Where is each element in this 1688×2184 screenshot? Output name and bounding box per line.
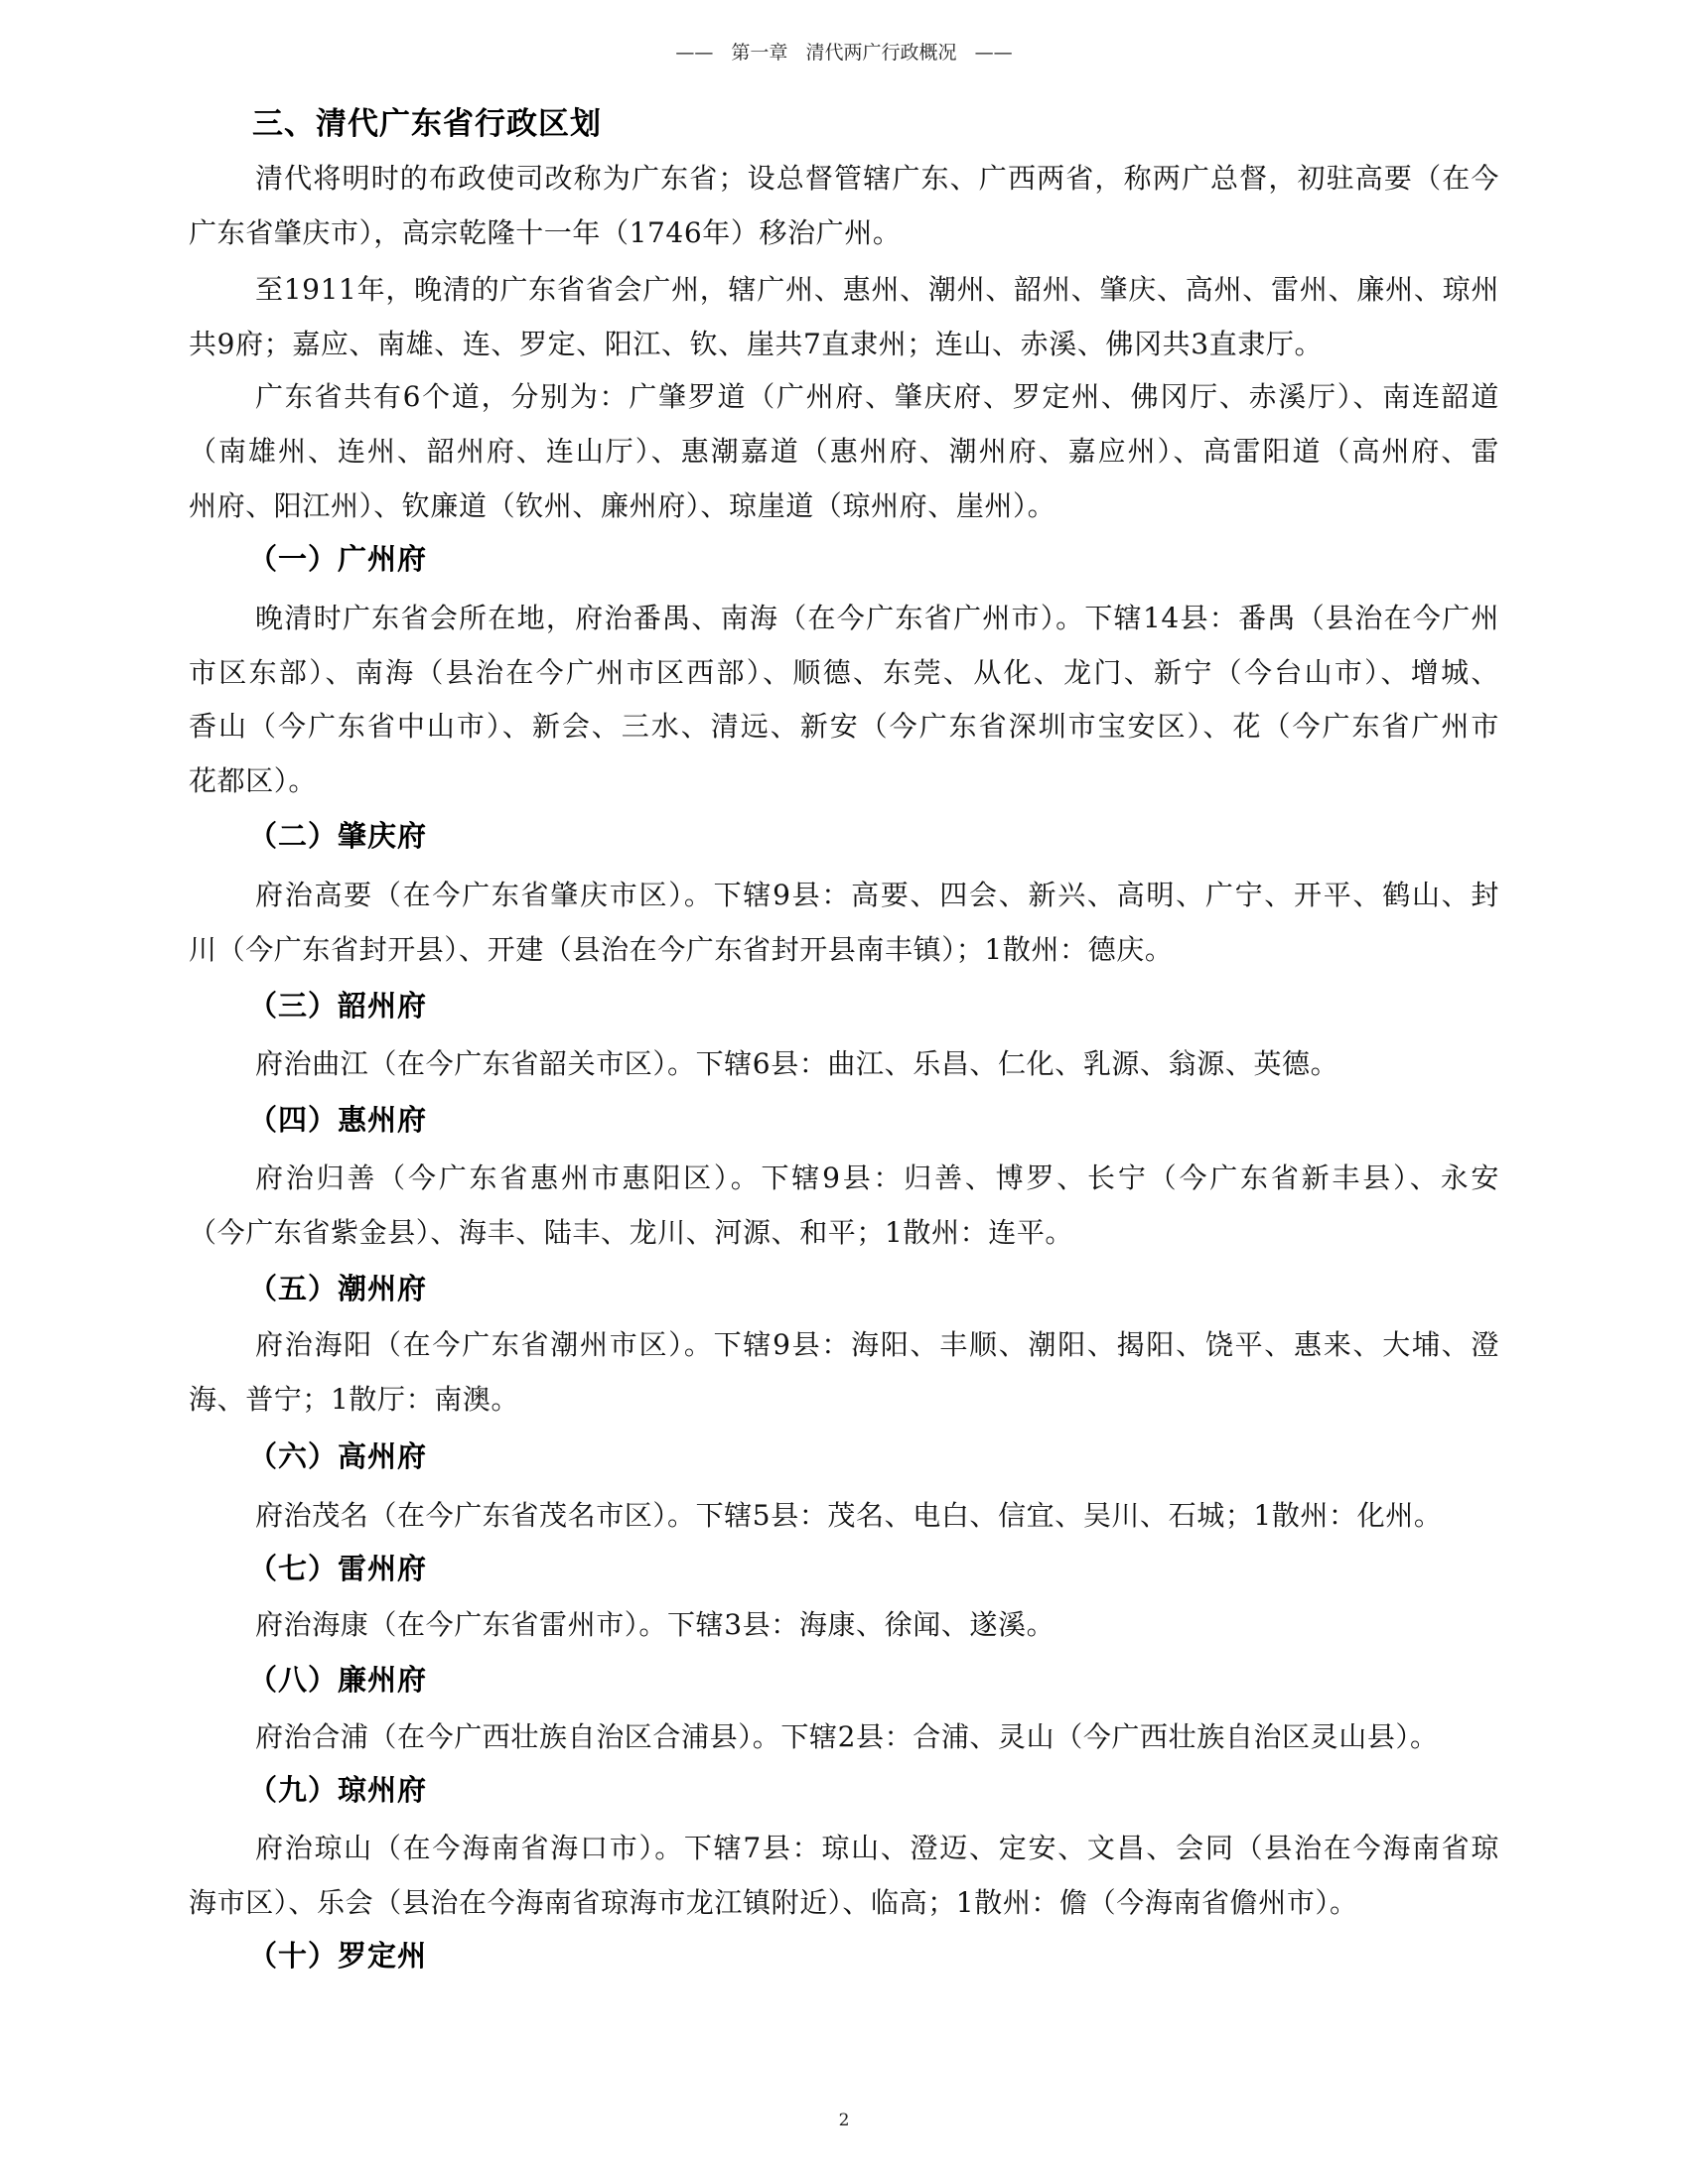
paragraph-line: （南雄州、连州、韶州府、连山厅）、惠潮嘉道（惠州府、潮州府、嘉应州）、高雷阳道（… [189,434,1499,470]
paragraph-line: 广东省共有6个道，分别为：广肇罗道（广州府、肇庆府、罗定州、佛冈厅、赤溪厅）、南… [255,379,1499,415]
paragraph-line: 至1911年，晚清的广东省省会广州，辖广州、惠州、潮州、韶州、肇庆、高州、雷州、… [255,272,1499,308]
section-title: 三、清代广东省行政区划 [252,105,602,143]
paragraph-line: 广东省肇庆市），高宗乾隆十一年（1746年）移治广州。 [189,215,1499,251]
paragraph-line: 府治合浦（在今广西壮族自治区合浦县）。下辖2县：合浦、灵山（今广西壮族自治区灵山… [255,1719,1499,1755]
paragraph-line: 市区东部）、南海（县治在今广州市区西部）、顺德、东莞、从化、龙门、新宁（今台山市… [189,655,1499,691]
paragraph-line: 府治茂名（在今广东省茂名市区）。下辖5县：茂名、电白、信宜、吴川、石城；1散州：… [255,1498,1499,1534]
paragraph-line: 香山（今广东省中山市）、新会、三水、清远、新安（今广东省深圳市宝安区）、花（今广… [189,709,1499,745]
paragraph-line: （今广东省紫金县）、海丰、陆丰、龙川、河源、和平；1散州：连平。 [189,1215,1499,1251]
page-number: 2 [0,2109,1688,2132]
paragraph-line: 清代将明时的布政使司改称为广东省；设总督管辖广东、广西两省，称两广总督，初驻高要… [255,161,1499,197]
paragraph-line: 晚清时广东省会所在地，府治番禺、南海（在今广东省广州市）。下辖14县：番禺（县治… [255,601,1499,636]
paragraph-line: 府治琼山（在今海南省海口市）。下辖7县：琼山、澄迈、定安、文昌、会同（县治在今海… [255,1831,1499,1866]
paragraph-line: 海、普宁；1散厅：南澳。 [189,1382,1499,1418]
subsection-heading: （十）罗定州 [248,1937,427,1975]
paragraph-line: 州府、阳江州）、钦廉道（钦州、廉州府）、琼崖道（琼州府、崖州）。 [189,488,1499,524]
paragraph-line: 府治曲江（在今广东省韶关市区）。下辖6县：曲江、乐昌、仁化、乳源、翁源、英德。 [255,1046,1499,1082]
document-page: —— 第一章 清代两广行政概况 —— 三、清代广东省行政区划 清代将明时的布政使… [0,0,1688,2184]
subsection-heading: （九）琼州府 [248,1771,427,1809]
subsection-heading: （二）肇庆府 [248,817,427,855]
paragraph-line: 川（今广东省封开县）、开建（县治在今广东省封开县南丰镇）；1散州：德庆。 [189,932,1499,968]
subsection-heading: （四）惠州府 [248,1101,427,1139]
paragraph-line: 海市区）、乐会（县治在今海南省琼海市龙江镇附近）、临高；1散州：儋（今海南省儋州… [189,1885,1499,1921]
subsection-heading: （一）广州府 [248,540,427,578]
subsection-heading: （八）廉州府 [248,1661,427,1699]
paragraph-line: 府治海阳（在今广东省潮州市区）。下辖9县：海阳、丰顺、潮阳、揭阳、饶平、惠来、大… [255,1327,1499,1363]
paragraph-line: 府治海康（在今广东省雷州市）。下辖3县：海康、徐闻、遂溪。 [255,1607,1499,1643]
subsection-heading: （六）高州府 [248,1437,427,1475]
subsection-heading: （七）雷州府 [248,1550,427,1587]
subsection-heading: （五）潮州府 [248,1270,427,1307]
subsection-heading: （三）韶州府 [248,987,427,1024]
paragraph-line: 花都区）。 [189,763,1499,799]
paragraph-line: 府治归善（今广东省惠州市惠阳区）。下辖9县：归善、博罗、长宁（今广东省新丰县）、… [255,1160,1499,1196]
paragraph-line: 共9府；嘉应、南雄、连、罗定、阳江、钦、崖共7直隶州；连山、赤溪、佛冈共3直隶厅… [189,327,1499,362]
paragraph-line: 府治高要（在今广东省肇庆市区）。下辖9县：高要、四会、新兴、高明、广宁、开平、鹤… [255,878,1499,913]
running-header: —— 第一章 清代两广行政概况 —— [0,40,1688,66]
